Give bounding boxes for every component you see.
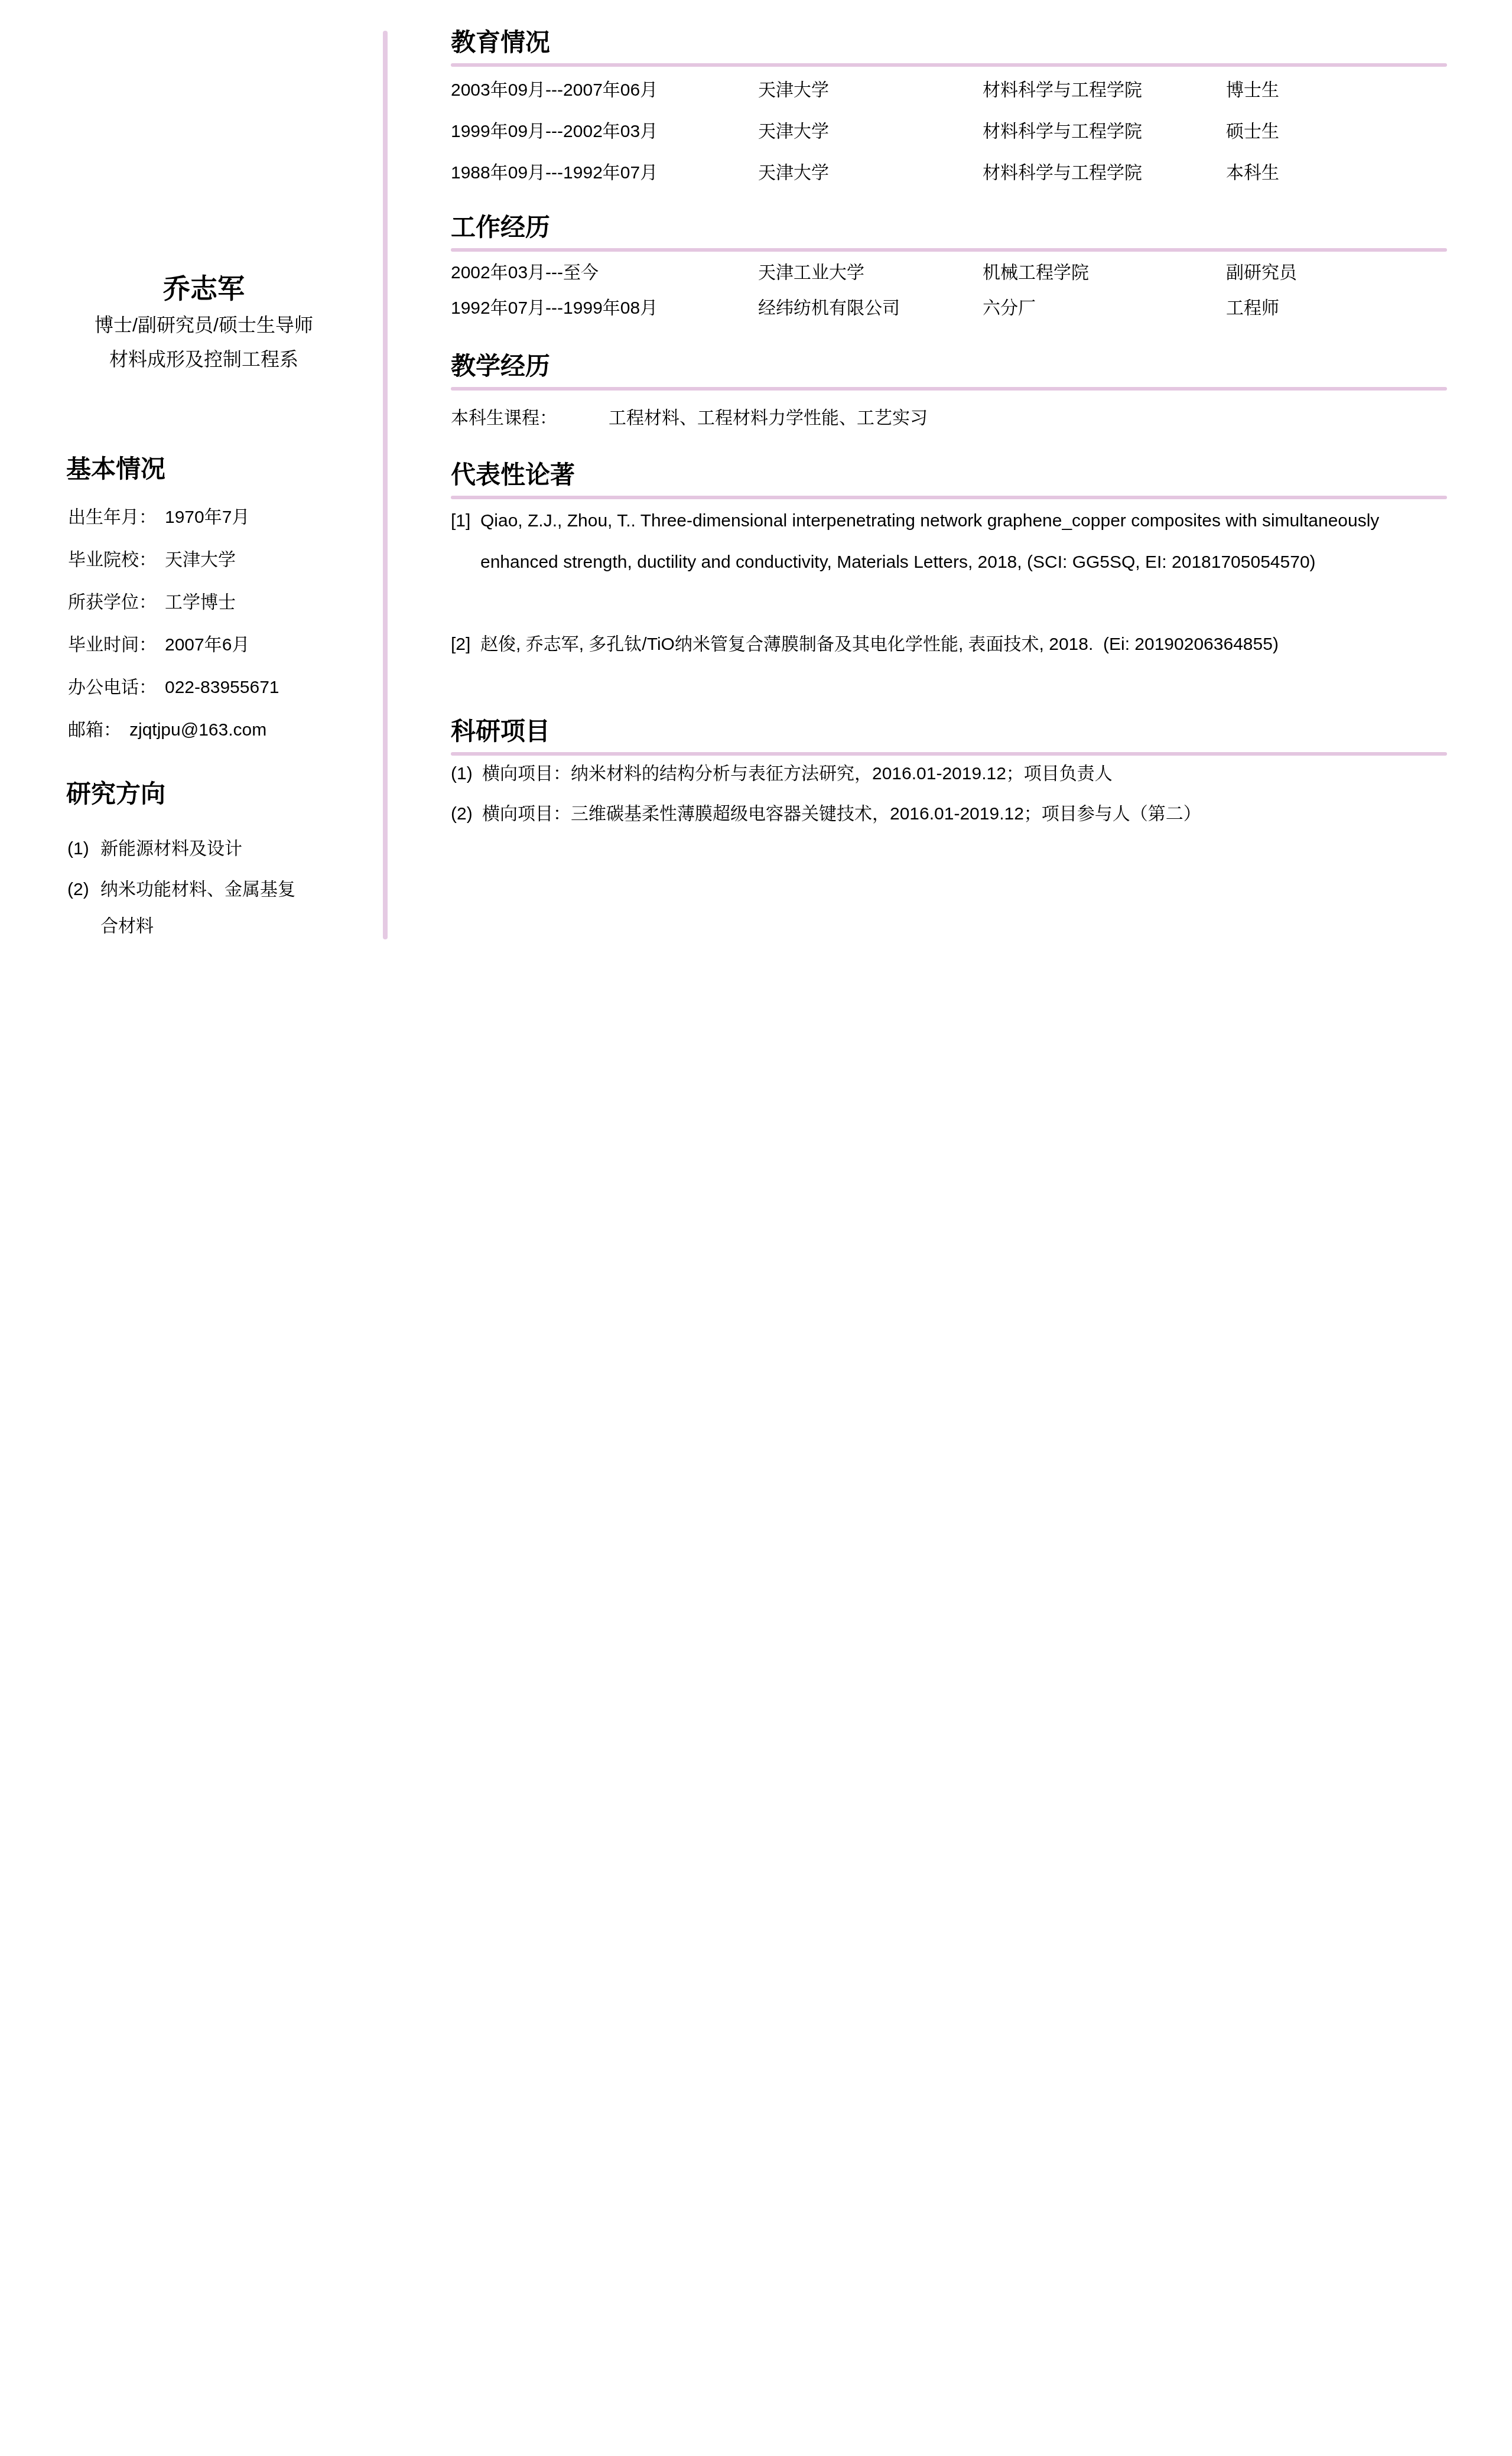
item-number: (1) [451,763,473,785]
work-role: 工程师 [1226,298,1279,319]
publication-item: [2] 赵俊, 乔志军, 多孔钛/TiO纳米管复合薄膜制备及其电化学性能, 表面… [451,624,1427,665]
section-underline [451,496,1447,499]
info-label: 邮箱： [68,720,121,740]
info-value: 2007年6月 [165,635,249,655]
info-alma-mater: 毕业院校：天津大学 [68,549,236,571]
info-email: 邮箱：zjqtjpu@163.com [68,720,266,741]
info-label: 毕业时间： [68,635,157,655]
info-label: 毕业院校： [68,550,157,570]
faculty-profile-page: 乔志军 博士/副研究员/硕士生导师 材料成形及控制工程系 基本情况 出生年月：1… [0,0,1512,2456]
item-number: (1) [67,831,89,867]
edu-school: 天津大学 [758,162,829,184]
work-heading: 工作经历 [451,213,550,242]
teaching-line: 本科生课程： 工程材料、工程材料力学性能、工艺实习 [451,408,1447,429]
edu-school: 天津大学 [758,80,829,101]
projects-heading: 科研项目 [451,717,550,746]
info-birth: 出生年月：1970年7月 [68,507,249,528]
item-number: (2) [451,804,473,825]
item-number: (2) [67,871,89,908]
work-role: 副研究员 [1226,262,1297,284]
email-address: zjqtjpu@163.com [129,720,266,740]
edu-role: 本科生 [1226,162,1279,184]
teaching-label: 本科生课程： [451,408,557,428]
basic-info-heading: 基本情况 [66,455,165,483]
edu-role: 博士生 [1226,80,1279,101]
work-period: 2002年03月---至今 [451,262,599,284]
info-label: 办公电话： [68,678,157,697]
info-value: 022-83955671 [165,678,279,697]
edu-role: 硕士生 [1226,121,1279,142]
info-degree: 所获学位：工学博士 [68,592,236,613]
work-department: 六分厂 [983,298,1036,319]
edu-college: 材料科学与工程学院 [983,162,1142,184]
faculty-department: 材料成形及控制工程系 [24,348,384,370]
publication-text: Qiao, Z.J., Zhou, T.. Three-dimensional … [480,500,1427,583]
edu-school: 天津大学 [758,121,829,142]
edu-college: 材料科学与工程学院 [983,80,1142,101]
project-text: 横向项目：三维碳基柔性薄膜超级电容器关键技术，2016.01-2019.12；项… [482,804,1201,825]
edu-period: 1999年09月---2002年03月 [451,121,658,142]
project-text: 横向项目：纳米材料的结构分析与表征方法研究，2016.01-2019.12；项目… [482,763,1113,785]
info-value: 工学博士 [165,593,236,612]
edu-college: 材料科学与工程学院 [983,121,1142,142]
teaching-courses: 工程材料、工程材料力学性能、工艺实习 [609,408,928,429]
work-organization: 天津工业大学 [758,262,864,284]
publications-heading: 代表性论著 [451,461,575,489]
publication-text: 赵俊, 乔志军, 多孔钛/TiO纳米管复合薄膜制备及其电化学性能, 表面技术, … [480,624,1427,665]
section-underline [451,63,1447,67]
info-office-phone: 办公电话：022-83955671 [68,677,279,698]
publication-item: [1] Qiao, Z.J., Zhou, T.. Three-dimensio… [451,500,1427,583]
research-item-text: 纳米功能材料、金属基复合材料 [100,871,308,945]
info-value: 天津大学 [165,550,236,570]
work-department: 机械工程学院 [983,262,1089,284]
research-directions-heading: 研究方向 [66,780,165,808]
item-number: [1] [451,500,470,542]
edu-period: 1988年09月---1992年07月 [451,162,658,184]
research-item: (1)新能源材料及设计 [67,831,345,867]
section-underline [451,752,1447,756]
education-heading: 教育情况 [451,28,550,57]
research-item: (2)纳米功能材料、金属基复合材料 [67,871,345,945]
info-label: 出生年月： [68,508,157,527]
item-number: [2] [451,624,470,665]
work-period: 1992年07月---1999年08月 [451,298,658,319]
section-underline [451,387,1447,391]
info-graduation-date: 毕业时间：2007年6月 [68,635,249,656]
sidebar-divider [383,31,388,939]
info-value: 1970年7月 [165,508,249,527]
teaching-heading: 教学经历 [451,352,550,380]
faculty-name: 乔志军 [24,273,384,304]
section-underline [451,248,1447,252]
project-item: (2) 横向项目：三维碳基柔性薄膜超级电容器关键技术，2016.01-2019.… [451,804,1447,825]
project-item: (1) 横向项目：纳米材料的结构分析与表征方法研究，2016.01-2019.1… [451,763,1447,785]
edu-period: 2003年09月---2007年06月 [451,80,658,101]
faculty-title: 博士/副研究员/硕士生导师 [24,314,384,336]
work-organization: 经纬纺机有限公司 [758,298,900,319]
research-item-text: 新能源材料及设计 [100,831,242,867]
info-label: 所获学位： [68,593,157,612]
